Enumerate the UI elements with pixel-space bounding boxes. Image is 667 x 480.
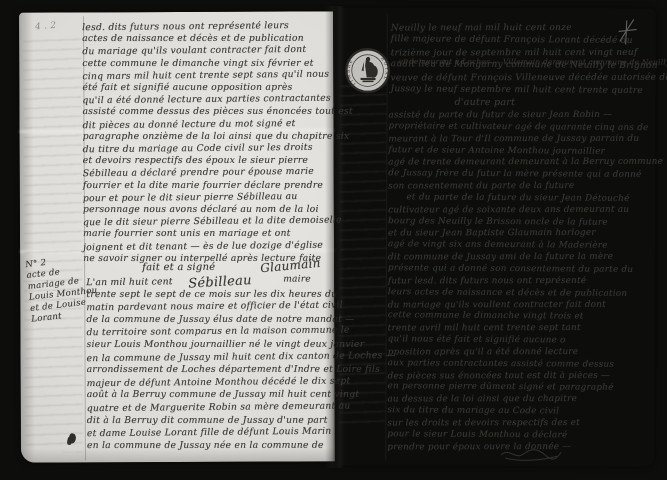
- manuscript-line: arrondissement de Loches département d'I…: [87, 364, 339, 377]
- scanned-register-spread: 4 . 2 N° 2acte demariage deLouis Monthou…: [0, 0, 667, 480]
- manuscript-line: du mariage qu'ils voulant contracter fai…: [82, 44, 334, 59]
- interlinear-insertion: et demeurant à Loches — Villemain demeur…: [399, 57, 667, 67]
- binding-gutter: [325, 6, 345, 468]
- manuscript-line: propriétaire et cultivateur agé de quara…: [388, 121, 654, 135]
- left-page: 4 . 2 N° 2acte demariage deLouis Monthou…: [19, 11, 335, 462]
- manuscript-line: qu'il nous été fait et signifié aucune o: [388, 334, 654, 348]
- closing-flourish: [499, 446, 563, 462]
- manuscript-line: Jussay le neuf septembre mil huit cent t…: [390, 83, 652, 97]
- closing-formula: fait et a signé: [142, 262, 215, 273]
- manuscript-line: futur lesd. dits futurs nous ont représe…: [388, 276, 654, 289]
- act-text-block-main: assisté du parte du futur de sieur Jean …: [387, 110, 654, 454]
- manuscript-line: pposition après qu'il a été donné lectur…: [388, 347, 654, 360]
- manuscript-line: en la commune de Jussay née en la commun…: [87, 439, 339, 452]
- manuscript-line: présente qui a donné son consentement du…: [388, 263, 654, 277]
- manuscript-line: sieur Louis Monthou journaillier né le v…: [86, 339, 338, 352]
- manuscript-line: sur les droits et devoirs respectifs des…: [387, 418, 653, 431]
- manuscript-line: cultivateur agé de soixante deux ans dem…: [388, 204, 654, 217]
- manuscript-line: Sébilleau a déclaré prendre pour épouse …: [83, 166, 335, 181]
- manuscript-line: et du parte de la future du sieur Jean D…: [388, 192, 654, 206]
- manuscript-line: fille majeure de défunt François Lorant …: [391, 34, 653, 48]
- bleedthrough-texture: [339, 77, 386, 427]
- manuscript-line: pour le sieur Louis Monthou a déclaré: [387, 429, 653, 443]
- revenue-stamp: TIMBRE ROYAL: [343, 46, 391, 94]
- act-text-block-1: lesd. dits futurs nous ont représenté le…: [82, 20, 335, 265]
- manuscript-line: cette commune le dimanche vingt six févr…: [82, 57, 334, 69]
- manuscript-line: aux parties contractantes assisté comme …: [388, 358, 654, 372]
- manuscript-line: matin pardevant nous maire et officier d…: [86, 300, 338, 315]
- manuscript-line: quatre et de Marguerite Robin sa mère de…: [87, 400, 339, 415]
- manuscript-line: assisté comme dessus des pièces sus énon…: [82, 106, 334, 118]
- manuscript-line: L'an mil huit cent: [86, 275, 338, 290]
- right-page: TIMBRE ROYAL Neuilly le neuf mai mil hui…: [335, 7, 656, 466]
- manuscript-line: et dame Louise Lorant fille de défunt Lo…: [87, 426, 339, 441]
- pencil-note-left: 4 . 2: [35, 21, 57, 33]
- autre-part-label: d'autre part: [454, 97, 515, 108]
- manuscript-line: dit pièces au donné lecture du mot signé…: [82, 117, 334, 132]
- manuscript-line: assisté du parte du futur de sieur Jean …: [388, 110, 654, 123]
- manuscript-line: marie fourrier sont unis en mariage et o…: [83, 228, 335, 240]
- bleedthrough-texture: [23, 32, 83, 452]
- manuscript-line: meurant à la Tour d'Il commune de Jussay…: [388, 133, 654, 146]
- act-text-block-2: L'an mil huit centtrente sept le sept de…: [86, 275, 339, 452]
- manuscript-line: leurs actes de naissance et décès et de …: [388, 287, 654, 301]
